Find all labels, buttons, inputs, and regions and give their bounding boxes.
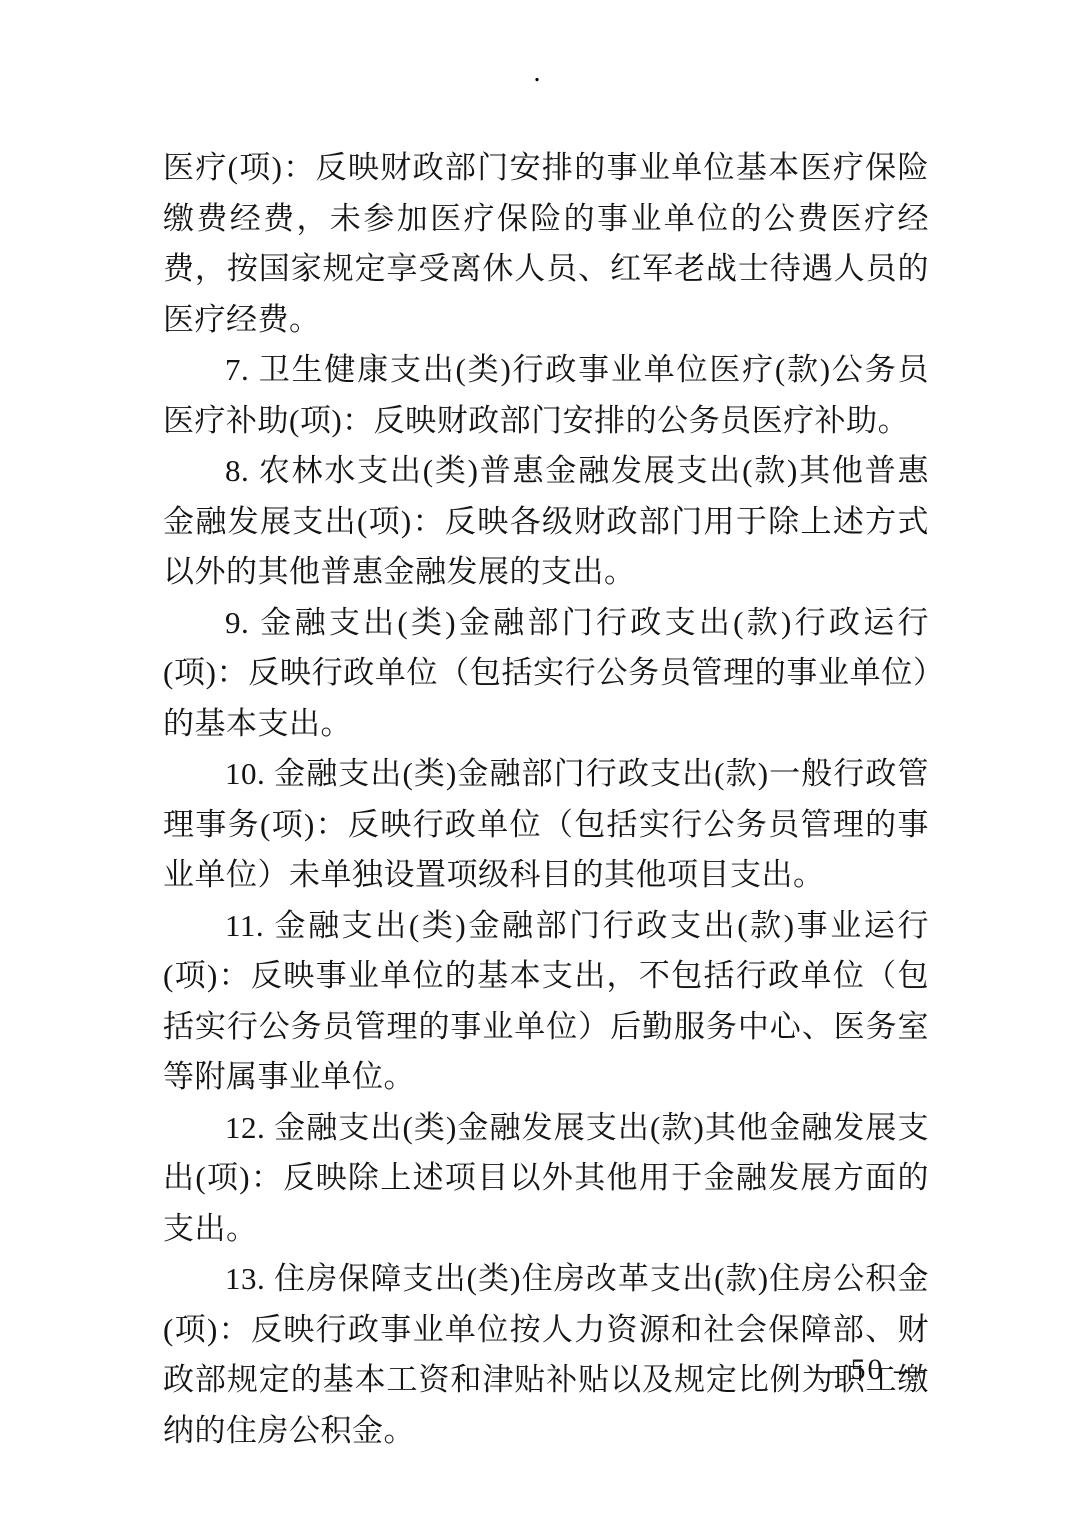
document-page: . 医疗(项)：反映财政部门安排的事业单位基本医疗保险缴费经费，未参加医疗保险的… (0, 0, 1074, 1520)
top-center-dot: . (528, 58, 546, 88)
paragraph-item-12-other-financial-development: 12. 金融支出(类)金融发展支出(款)其他金融发展支出(项)：反映除上述项目以… (163, 1103, 929, 1255)
paragraph-item-9-financial-admin-operation: 9. 金融支出(类)金融部门行政支出(款)行政运行(项)：反映行政单位（包括实行… (163, 598, 929, 750)
page-number: — 50 — (809, 1348, 926, 1392)
paragraph-medical-expense-continuation: 医疗(项)：反映财政部门安排的事业单位基本医疗保险缴费经费，未参加医疗保险的事业… (163, 143, 929, 345)
paragraph-item-8-agriculture-finance-expenditure: 8. 农林水支出(类)普惠金融发展支出(款)其他普惠金融发展支出(项)：反映各级… (163, 446, 929, 598)
paragraph-item-7-health-expenditure: 7. 卫生健康支出(类)行政事业单位医疗(款)公务员医疗补助(项)：反映财政部门… (163, 345, 929, 446)
paragraph-item-11-institution-operation: 11. 金融支出(类)金融部门行政支出(款)事业运行(项)：反映事业单位的基本支… (163, 901, 929, 1103)
document-body: 医疗(项)：反映财政部门安排的事业单位基本医疗保险缴费经费，未参加医疗保险的事业… (163, 143, 929, 1456)
paragraph-item-10-general-admin-affairs: 10. 金融支出(类)金融部门行政支出(款)一般行政管理事务(项)：反映行政单位… (163, 749, 929, 901)
